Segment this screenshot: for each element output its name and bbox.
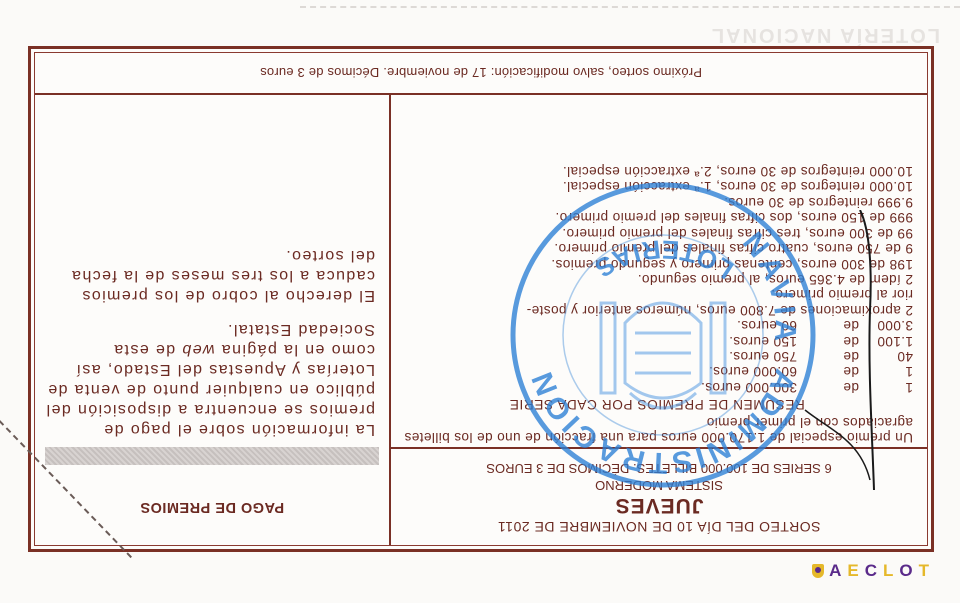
shield-icon: [812, 564, 824, 578]
prize-row: 3.000de60 euros.: [401, 318, 913, 333]
prize-line: 10.000 reintegros de 30 euros, 2.ª extra…: [401, 164, 913, 179]
draw-header: SORTEO DEL DÍA 10 DE NOVIEMBRE DE 2011 J…: [391, 447, 927, 545]
ticket-outer-border: SORTEO DEL DÍA 10 DE NOVIEMBRE DE 2011 J…: [28, 46, 934, 552]
aeclot-logo: AECLOT: [812, 561, 930, 581]
prize-payment-column: PAGO DE PREMIOS La información sobre el …: [35, 95, 389, 545]
special-prize: Un premio especial de 1.170.000 euros pa…: [401, 414, 913, 445]
prize-row: 40de750 euros.: [401, 349, 913, 364]
payment-expiry-paragraph: El derecho al cobro de los premios caduc…: [45, 245, 375, 305]
draw-details-column: SORTEO DEL DÍA 10 DE NOVIEMBRE DE 2011 J…: [389, 95, 927, 545]
prize-line: 99 de 300 euros, tres cifras finales del…: [401, 225, 913, 240]
prize-line: 9 de 750 euros, cuatro cifras finales de…: [401, 241, 913, 256]
prize-row: 1.100de150 euros.: [401, 333, 913, 348]
prize-line: 2 aproximaciones de 7.800 euros, números…: [401, 302, 913, 317]
prize-line: 198 de 300 euros, centenas primero y seg…: [401, 256, 913, 271]
prize-summary: Un premio especial de 1.170.000 euros pa…: [401, 164, 913, 445]
ticket-main: SORTEO DEL DÍA 10 DE NOVIEMBRE DE 2011 J…: [35, 93, 927, 545]
prize-line: 2 ídem de 4.365 euros, al premio segundo…: [401, 272, 913, 287]
prize-row: 1de300.000 euros.: [401, 379, 913, 394]
summary-title: RESUMEN DE PREMIOS POR CADA SERIE: [401, 397, 913, 412]
draw-day: JUEVES: [391, 493, 927, 517]
ticket-inner-border: SORTEO DEL DÍA 10 DE NOVIEMBRE DE 2011 J…: [34, 52, 928, 546]
prize-table: 1de300.000 euros.1de60.000 euros.40de750…: [401, 318, 913, 395]
security-pattern-bar: [45, 447, 379, 465]
draw-system: SISTEMA MODERNO: [391, 478, 927, 493]
lottery-ticket: SORTEO DEL DÍA 10 DE NOVIEMBRE DE 2011 J…: [28, 46, 934, 552]
next-draw-footer: Próximo sorteo, salvo modificación: 17 d…: [35, 53, 927, 91]
prize-line: 10.000 reintegros de 30 euros, 1.ª extra…: [401, 179, 913, 194]
prize-line: 999 de 150 euros, dos cifras finales del…: [401, 210, 913, 225]
prize-lines: 2 aproximaciones de 7.800 euros, números…: [401, 164, 913, 318]
prize-line: rior al premio primero.: [401, 287, 913, 302]
prize-payment-info: La información sobre el pago de premios …: [45, 231, 375, 439]
draw-date: SORTEO DEL DÍA 10 DE NOVIEMBRE DE 2011: [391, 519, 927, 535]
payment-info-paragraph: La información sobre el pago de premios …: [45, 319, 375, 439]
bleed-through-text: LOTERÍA NACIONAL: [340, 18, 940, 46]
draw-series: 6 SERIES DE 100.000 BILLETES. DÉCIMOS DE…: [391, 461, 927, 476]
prize-line: 9.999 reintegros de 30 euros.: [401, 195, 913, 210]
prize-row: 1de60.000 euros.: [401, 364, 913, 379]
bleed-through-edge: [300, 0, 960, 8]
